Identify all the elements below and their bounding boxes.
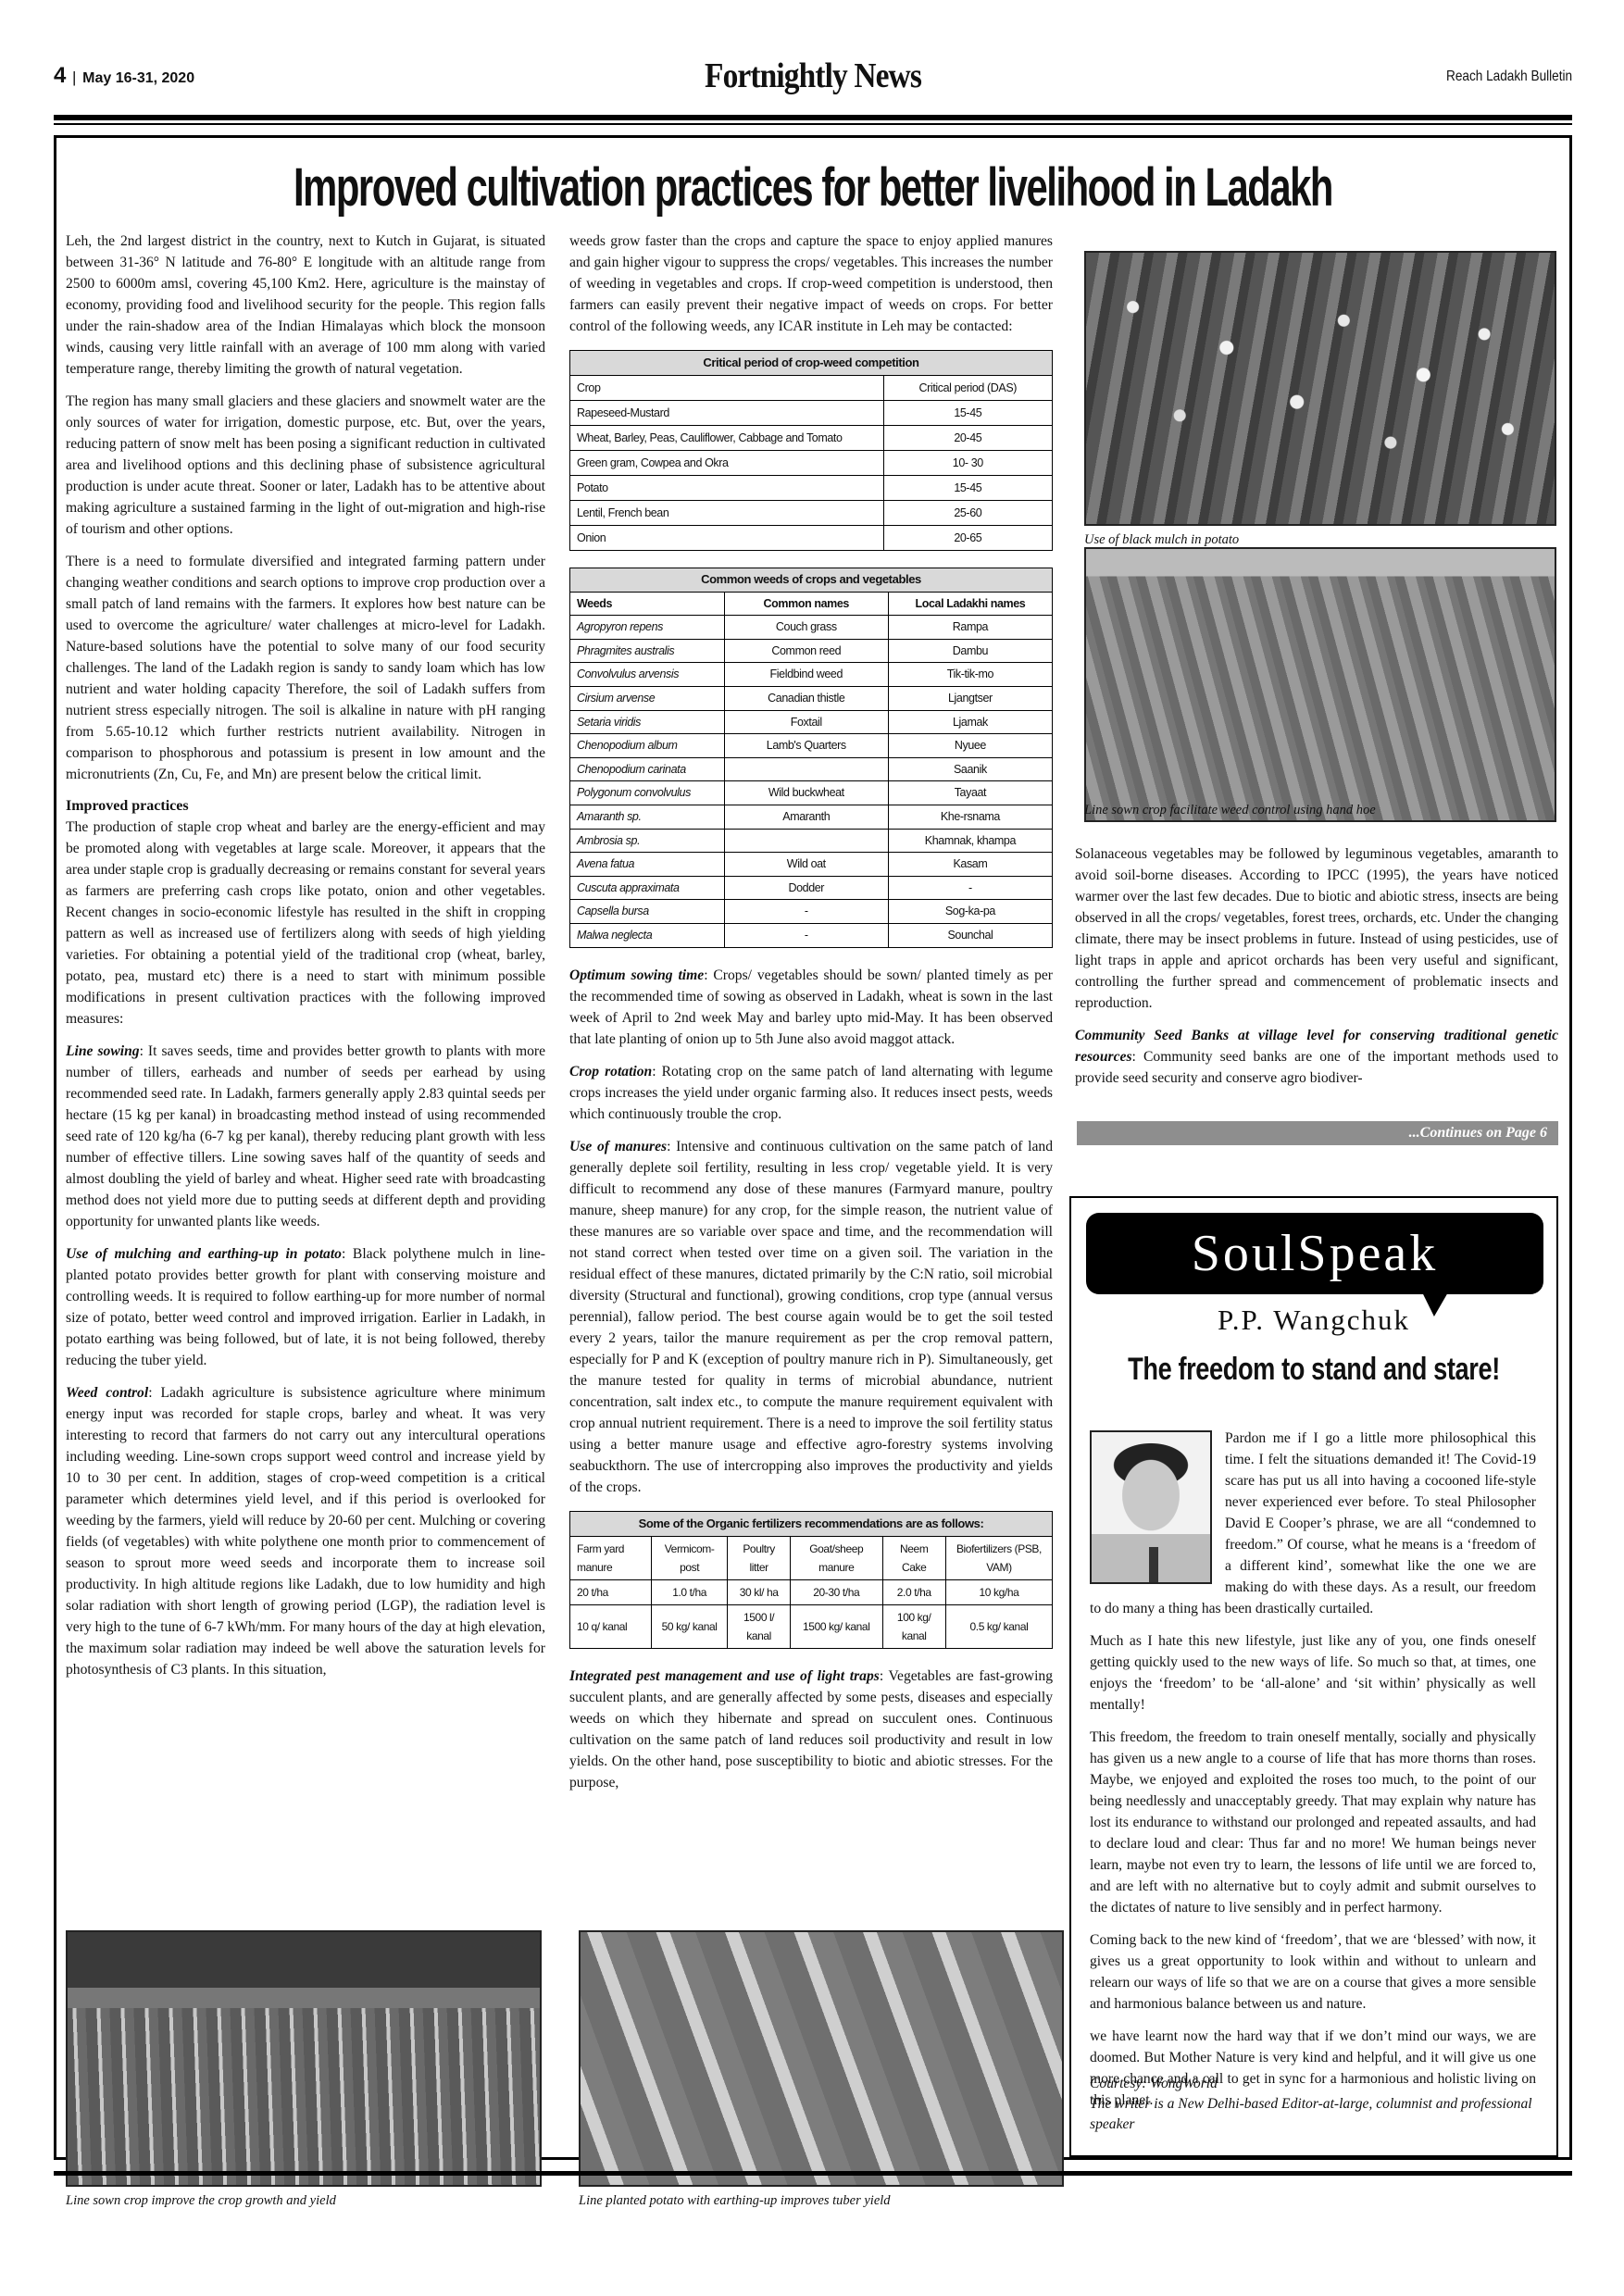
table-cell: Foxtail	[724, 710, 888, 734]
article-column-2: weeds grow faster than the crops and cap…	[569, 231, 1053, 1804]
table-cell: 50 kg/ kanal	[651, 1604, 727, 1648]
table-header: Biofertilizers (PSB, VAM)	[945, 1536, 1052, 1579]
table-cell: Phragmites australis	[570, 639, 725, 663]
table-cell: Chenopodium carinata	[570, 757, 725, 781]
table-cell: Malwa neglecta	[570, 923, 725, 947]
table-cell: Amaranth sp.	[570, 805, 725, 829]
caption-hand-hoe: Line sown crop facilitate weed control u…	[1084, 801, 1376, 819]
paragraph-crop-rotation: Crop rotation: Rotating crop on the same…	[569, 1061, 1053, 1125]
table-cell: Green gram, Cowpea and Okra	[570, 451, 884, 476]
table-row: Chenopodium carinata Saanik	[570, 757, 1053, 781]
paragraph: Much as I hate this new lifestyle, just …	[1090, 1630, 1536, 1716]
soulspeak-credit: Courtesy: WongWorld The writer is a New …	[1090, 2074, 1536, 2135]
table-cell: -	[724, 900, 888, 924]
continues-on-page-link[interactable]: ...Continues on Page 6	[1077, 1121, 1558, 1145]
article-column-3: Solanaceous vegetables may be followed b…	[1075, 843, 1558, 1100]
table-row: Cuscuta appraximataDodder-	[570, 876, 1053, 900]
masthead-rule-thin	[54, 123, 1572, 125]
table-cell: 10 q/ kanal	[570, 1604, 652, 1648]
lead-in: Integrated pest management and use of li…	[569, 1668, 880, 1684]
table-cell: Chenopodium album	[570, 734, 725, 758]
table-cell: 2.0 t/ha	[882, 1579, 945, 1604]
table-cell: Cuscuta appraximata	[570, 876, 725, 900]
table-header: Crop	[570, 376, 884, 401]
table-cell: Sog-ka-pa	[888, 900, 1052, 924]
table-cell: 10- 30	[883, 451, 1052, 476]
table-cell	[724, 757, 888, 781]
table-caption: Critical period of crop-weed competition	[570, 351, 1053, 376]
table-cell: 20-45	[883, 426, 1052, 451]
separator: |	[72, 69, 76, 86]
table-header: Weeds	[570, 592, 725, 616]
table-cell: Canadian thistle	[724, 686, 888, 710]
table-cell: Amaranth	[724, 805, 888, 829]
table-cell: Tik-tik-mo	[888, 663, 1052, 687]
soulspeak-column: SoulSpeak P.P. Wangchuk The freedom to s…	[1069, 1196, 1558, 2157]
table-row: Malwa neglecta-Sounchal	[570, 923, 1053, 947]
table-row: Amaranth sp.AmaranthKhe-rsnama	[570, 805, 1053, 829]
table-row: Green gram, Cowpea and Okra10- 30	[570, 451, 1053, 476]
paragraph-manures: Use of manures: Intensive and continuous…	[569, 1136, 1053, 1498]
table-caption: Some of the Organic fertilizers recommen…	[570, 1511, 1053, 1536]
table-cell: Lentil, French bean	[570, 501, 884, 526]
table-header: Common names	[724, 592, 888, 616]
article-frame: Improved cultivation practices for bette…	[54, 135, 1572, 2160]
lead-in: Optimum sowing time	[569, 967, 704, 983]
soulspeak-author: P.P. Wangchuk	[1071, 1304, 1556, 1337]
lead-in: Crop rotation	[569, 1064, 652, 1079]
paragraph-text: : Community seed banks are one of the im…	[1075, 1049, 1558, 1086]
table-header: Critical period (DAS)	[883, 376, 1052, 401]
table-cell: 30 kl/ ha	[728, 1579, 791, 1604]
table-cell: Ambrosia sp.	[570, 829, 725, 853]
soulspeak-title: The freedom to stand and stare!	[1119, 1352, 1507, 1388]
article-column-1: Leh, the 2nd largest district in the cou…	[66, 231, 545, 1691]
table-cell: Lamb's Quarters	[724, 734, 888, 758]
table-row: Lentil, French bean25-60	[570, 501, 1053, 526]
table-row: Rapeseed-Mustard15-45	[570, 401, 1053, 426]
table-cell: Rampa	[888, 616, 1052, 640]
photo-hand-hoe	[1084, 547, 1556, 822]
table-row: Potato15-45	[570, 476, 1053, 501]
table-cell: Kasam	[888, 853, 1052, 877]
paragraph-text: : Intensive and continuous cultivation o…	[569, 1139, 1053, 1495]
table-cell: Ljangtser	[888, 686, 1052, 710]
table-cell: 100 kg/ kanal	[882, 1604, 945, 1648]
table-cell: Cirsium arvense	[570, 686, 725, 710]
bulletin-name: Reach Ladakh Bulletin	[1446, 69, 1572, 85]
photo-black-mulch-potato	[1084, 251, 1556, 526]
table-cell: Convolvulus arvensis	[570, 663, 725, 687]
lead-in: Weed control	[66, 1385, 148, 1401]
masthead-rule	[54, 115, 1572, 120]
table-cell: -	[724, 923, 888, 947]
paragraph-sowing-time: Optimum sowing time: Crops/ vegetables s…	[569, 965, 1053, 1050]
caption-line-sown-crop: Line sown crop improve the crop growth a…	[66, 2191, 336, 2210]
table-cell: Setaria viridis	[570, 710, 725, 734]
paragraph: Pardon me if I go a little more philosop…	[1090, 1428, 1536, 1619]
lead-in: Use of manures	[569, 1139, 667, 1154]
article-headline: Improved cultivation practices for bette…	[269, 156, 1357, 218]
table-cell: 0.5 kg/ kanal	[945, 1604, 1052, 1648]
table-cell: Sounchal	[888, 923, 1052, 947]
table-header: Poultry litter	[728, 1536, 791, 1579]
table-cell: 10 kg/ha	[945, 1579, 1052, 1604]
lead-in: Use of mulching and earthing-up in potat…	[66, 1246, 342, 1262]
paragraph-mulching: Use of mulching and earthing-up in potat…	[66, 1243, 545, 1371]
caption-black-mulch: Use of black mulch in potato	[1084, 530, 1239, 549]
table-row: Capsella bursa-Sog-ka-pa	[570, 900, 1053, 924]
table-cell: Dambu	[888, 639, 1052, 663]
table-row: Phragmites australisCommon reedDambu	[570, 639, 1053, 663]
table-cell: 1.0 t/ha	[651, 1579, 727, 1604]
soulspeak-body: Pardon me if I go a little more philosop…	[1090, 1428, 1536, 2122]
caption-line-planted-potato: Line planted potato with earthing-up imp…	[579, 2191, 891, 2210]
table-cell: Saanik	[888, 757, 1052, 781]
table-cell: Avena fatua	[570, 853, 725, 877]
table-cell: 15-45	[883, 476, 1052, 501]
footer-rule	[54, 2171, 1572, 2176]
table-row: 10 q/ kanal 50 kg/ kanal 1500 l/ kanal 1…	[570, 1604, 1053, 1648]
table-row: 20 t/ha 1.0 t/ha 30 kl/ ha 20-30 t/ha 2.…	[570, 1579, 1053, 1604]
author-bio: The writer is a New Delhi-based Editor-a…	[1090, 2094, 1536, 2135]
courtesy-line: Courtesy: WongWorld	[1090, 2074, 1536, 2094]
paragraph: Coming back to the new kind of ‘freedom’…	[1090, 1929, 1536, 2015]
table-row: Agropyron repensCouch grassRampa	[570, 616, 1053, 640]
paragraph-text: : Ladakh agriculture is subsistence agri…	[66, 1385, 545, 1678]
table-caption: Common weeds of crops and vegetables	[570, 568, 1053, 593]
table-cell	[724, 829, 888, 853]
table-cell: Onion	[570, 526, 884, 551]
paragraph: weeds grow faster than the crops and cap…	[569, 231, 1053, 337]
paragraph-text: : Vegetables are fast-growing succulent …	[569, 1668, 1053, 1791]
paragraph: Leh, the 2nd largest district in the cou…	[66, 231, 545, 380]
organic-fertilizers-table: Some of the Organic fertilizers recommen…	[569, 1511, 1053, 1649]
table-row: Ambrosia sp. Khamnak, khampa	[570, 829, 1053, 853]
paragraph-text: : It saves seeds, time and provides bett…	[66, 1043, 545, 1229]
table-cell: Potato	[570, 476, 884, 501]
page-number: 4	[54, 63, 66, 88]
table-cell: Ljamak	[888, 710, 1052, 734]
table-cell: Common reed	[724, 639, 888, 663]
author-portrait	[1090, 1430, 1212, 1584]
table-cell: 20 t/ha	[570, 1579, 652, 1604]
paragraph-weed-control: Weed control: Ladakh agriculture is subs…	[66, 1382, 545, 1680]
table-row: Wheat, Barley, Peas, Cauliflower, Cabbag…	[570, 426, 1053, 451]
table-header: Local Ladakhi names	[888, 592, 1052, 616]
paragraph-line-sowing: Line sowing: It saves seeds, time and pr…	[66, 1041, 545, 1232]
table-cell: 1500 kg/ kanal	[790, 1604, 882, 1648]
table-header: Goat/sheep manure	[790, 1536, 882, 1579]
paper-name: Fortnightly News	[144, 56, 1480, 96]
common-weeds-table: Common weeds of crops and vegetables Wee…	[569, 568, 1053, 948]
paragraph-text: : Black polythene mulch in line-planted …	[66, 1246, 545, 1368]
table-header: Farm yard manure	[570, 1536, 652, 1579]
masthead: 4 | May 16-31, 2020 Fortnightly News Rea…	[54, 56, 1572, 111]
paragraph: This freedom, the freedom to train onese…	[1090, 1727, 1536, 1918]
table-cell: Agropyron repens	[570, 616, 725, 640]
photo-line-planted-potato	[579, 1930, 1064, 2187]
table-cell: Fieldbind weed	[724, 663, 888, 687]
paragraph: Solanaceous vegetables may be followed b…	[1075, 843, 1558, 1014]
table-header: Vermicom-post	[651, 1536, 727, 1579]
table-row: Convolvulus arvensisFieldbind weedTik-ti…	[570, 663, 1053, 687]
subheading-improved-practices: Improved practices	[66, 796, 545, 817]
paragraph-ipm: Integrated pest management and use of li…	[569, 1666, 1053, 1793]
table-row: Onion20-65	[570, 526, 1053, 551]
table-cell: Capsella bursa	[570, 900, 725, 924]
paragraph: The production of staple crop wheat and …	[66, 817, 545, 1029]
table-row: Chenopodium albumLamb's QuartersNyuee	[570, 734, 1053, 758]
table-cell: Tayaat	[888, 781, 1052, 805]
table-header: Neem Cake	[882, 1536, 945, 1579]
table-cell: 25-60	[883, 501, 1052, 526]
table-cell: Polygonum convolvulus	[570, 781, 725, 805]
table-cell: Khamnak, khampa	[888, 829, 1052, 853]
table-cell: Rapeseed-Mustard	[570, 401, 884, 426]
table-cell: Dodder	[724, 876, 888, 900]
soulspeak-banner: SoulSpeak	[1086, 1213, 1543, 1294]
table-row: Avena fatuaWild oatKasam	[570, 853, 1053, 877]
paragraph: The region has many small glaciers and t…	[66, 391, 545, 540]
photo-line-sown-crop	[66, 1930, 542, 2187]
table-cell: Wild buckwheat	[724, 781, 888, 805]
table-cell: Khe-rsnama	[888, 805, 1052, 829]
table-row: Setaria viridisFoxtailLjamak	[570, 710, 1053, 734]
table-row: Cirsium arvenseCanadian thistleLjangtser	[570, 686, 1053, 710]
lead-in: Line sowing	[66, 1043, 140, 1059]
table-cell: -	[888, 876, 1052, 900]
table-cell: 20-65	[883, 526, 1052, 551]
paragraph-seed-banks: Community Seed Banks at village level fo…	[1075, 1025, 1558, 1089]
table-cell: Wild oat	[724, 853, 888, 877]
table-cell: Couch grass	[724, 616, 888, 640]
critical-period-table: Critical period of crop-weed competition…	[569, 350, 1053, 551]
table-row: Polygonum convolvulusWild buckwheatTayaa…	[570, 781, 1053, 805]
table-cell: 20-30 t/ha	[790, 1579, 882, 1604]
table-cell: 1500 l/ kanal	[728, 1604, 791, 1648]
table-cell: Wheat, Barley, Peas, Cauliflower, Cabbag…	[570, 426, 884, 451]
paragraph: There is a need to formulate diversified…	[66, 551, 545, 785]
table-cell: 15-45	[883, 401, 1052, 426]
table-cell: Nyuee	[888, 734, 1052, 758]
